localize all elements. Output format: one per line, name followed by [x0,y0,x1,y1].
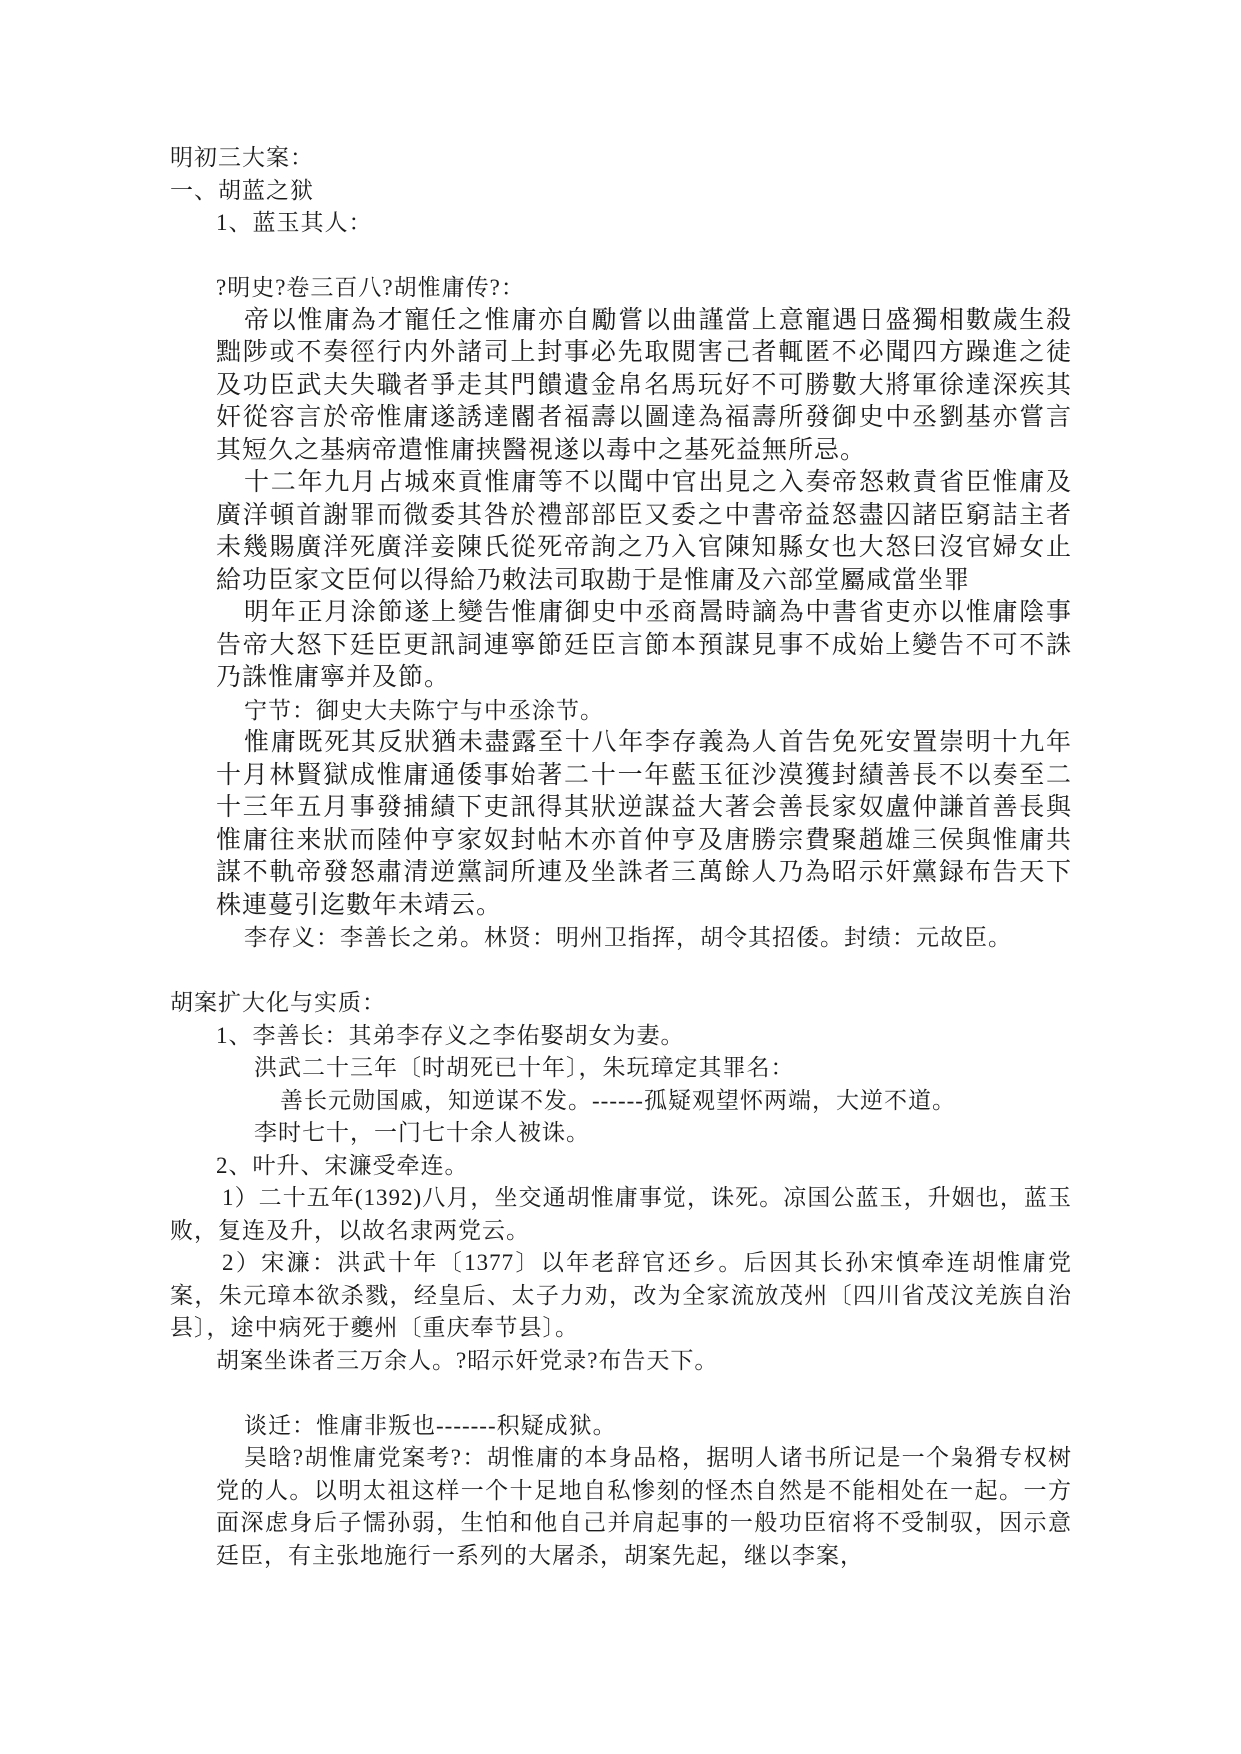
note-licunyi: 李存义：李善长之弟。林贤：明州卫指挥，胡令其招倭。封绩：元故臣。 [216,922,1072,955]
analysis-item-1-line-2: 善长元勋国戚，知逆谋不发。------孤疑观望怀两端，大逆不道。 [170,1085,1072,1118]
spacer [170,240,1072,273]
analysis-item-1-line-1: 洪武二十三年〔时胡死已十年〕，朱玩璋定其罪名： [170,1052,1072,1085]
section-1-heading: 一、胡蓝之狱 [170,175,1072,208]
section-1-sub-1: 1、蓝玉其人： [170,207,1072,240]
mingshi-paragraph-2: 十二年九月占城來貢惟庸等不以聞中官出見之入奏帝怒敕責省臣惟庸及廣洋頓首謝罪而微委… [216,467,1072,597]
analysis-item-2-point-2: 2）宋濂：洪武十年〔1377〕以年老辞官还乡。后因其长孙宋慎牵连胡惟庸党案，朱元… [170,1247,1072,1345]
mingshi-source-line: ?明史?卷三百八?胡惟庸传?： [170,272,1072,305]
mingshi-paragraph-1: 帝以惟庸為才寵任之惟庸亦自勵嘗以曲謹當上意寵遇日盛獨相數歲生殺黜陟或不奏徑行内外… [216,305,1072,468]
analysis-heading: 胡案扩大化与实质： [170,987,1072,1020]
doc-title: 明初三大案： [170,142,1072,175]
analysis-item-1-line-3: 李时七十，一门七十余人被诛。 [170,1117,1072,1150]
analysis-item-1-title: 1、李善长：其弟李存义之李佑娶胡女为妻。 [170,1020,1072,1053]
analysis-item-2-title: 2、叶升、宋濂受牵连。 [170,1150,1072,1183]
mingshi-paragraph-3: 明年正月涂節遂上變告惟庸御史中丞商暠時謫為中書省吏亦以惟庸陰事告帝大怒下廷臣更訊… [216,597,1072,695]
note-ningjie: 宁节：御史大夫陈宁与中丞涂节。 [216,695,1072,728]
comment-tanqian: 谈迁：惟庸非叛也-------积疑成狱。 [216,1410,1072,1443]
case-summary: 胡案坐诛者三万余人。?昭示奸党录?布告天下。 [170,1345,1072,1378]
document-page: 明初三大案： 一、胡蓝之狱 1、蓝玉其人： ?明史?卷三百八?胡惟庸传?： 帝以… [0,0,1241,1754]
spacer [170,955,1072,988]
analysis-item-2-point-1: 1）二十五年(1392)八月，坐交通胡惟庸事觉，诛死。凉国公蓝玉，升姻也，蓝玉败… [170,1182,1072,1247]
spacer [170,1377,1072,1410]
document-content: 明初三大案： 一、胡蓝之狱 1、蓝玉其人： ?明史?卷三百八?胡惟庸传?： 帝以… [170,142,1072,1572]
mingshi-paragraph-4: 惟庸既死其反狀猶未盡露至十八年李存義為人首告免死安置崇明十九年十月林賢獄成惟庸通… [216,727,1072,922]
comment-wuhan: 吴晗?胡惟庸党案考?：胡惟庸的本身品格，据明人诸书所记是一个枭猾专权树党的人。以… [216,1442,1072,1572]
